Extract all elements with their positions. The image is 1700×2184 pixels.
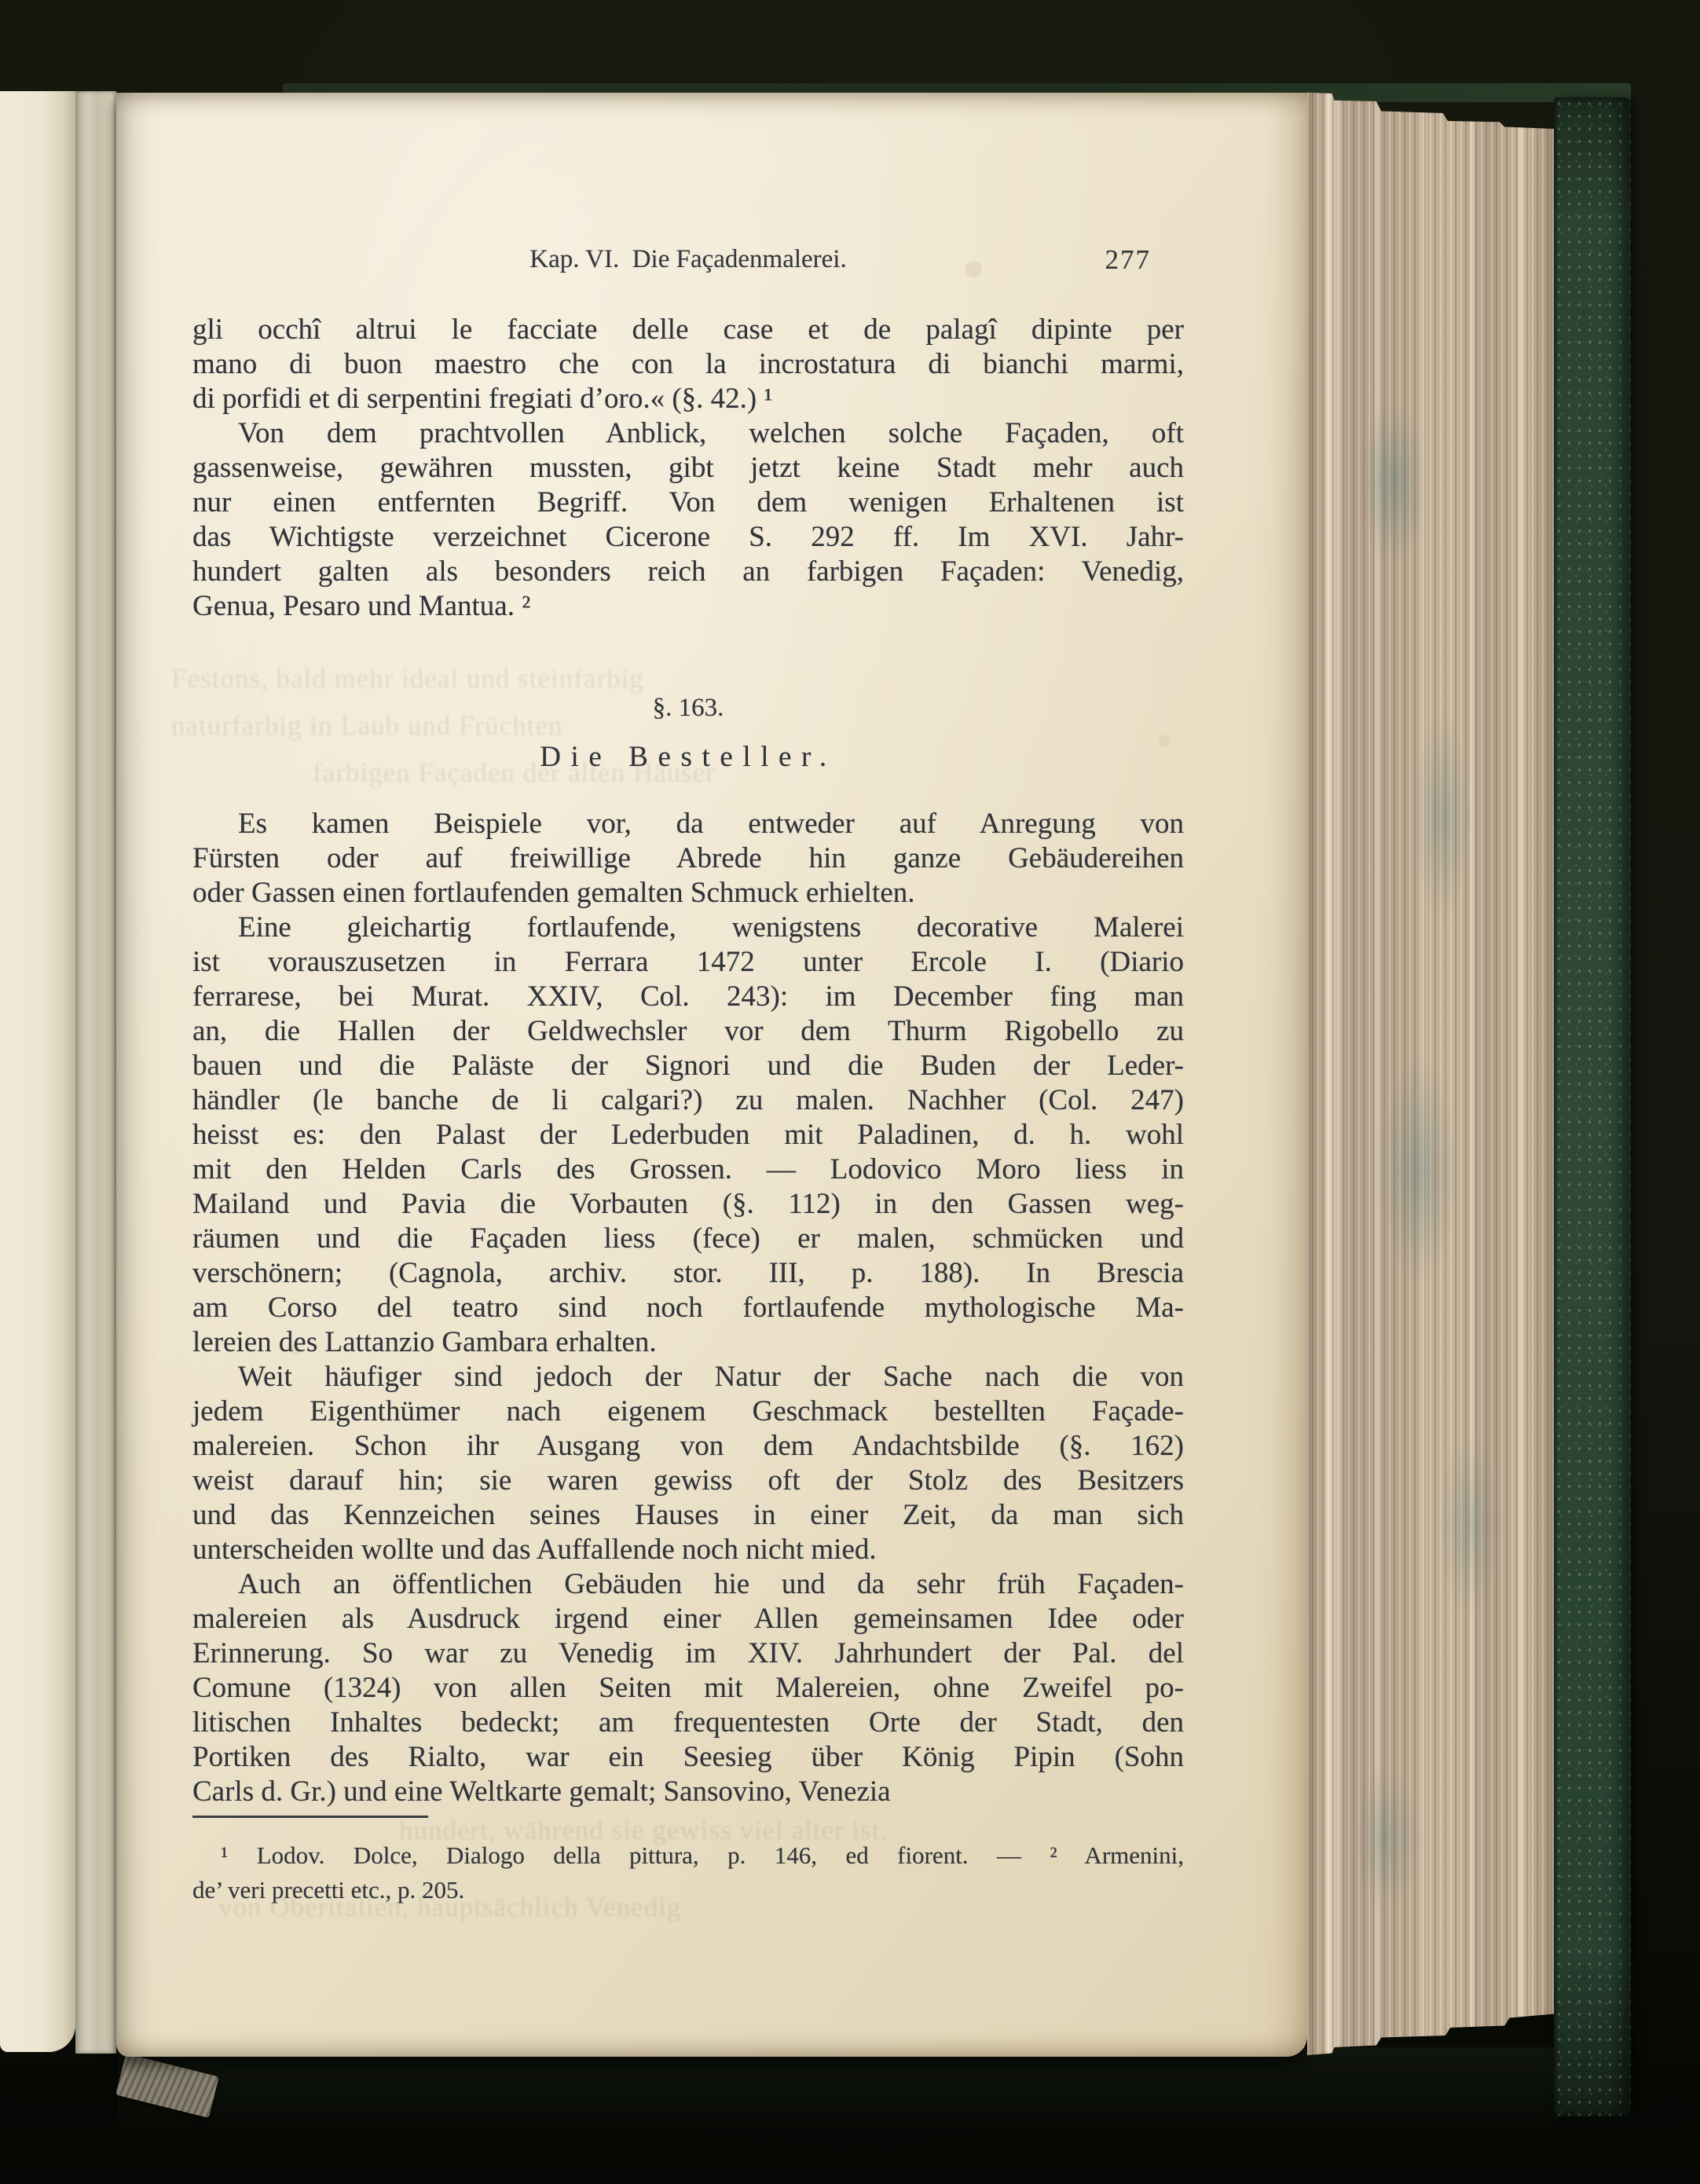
paragraph: Weit häufiger sind jedoch der Natur der … xyxy=(192,1360,1184,1567)
text-line: Fürsten oder auf freiwillige Abrede hin … xyxy=(192,841,1184,876)
book-cover-edge xyxy=(1554,97,1631,2116)
text-line: und das Kennzeichen seines Hauses in ein… xyxy=(192,1498,1184,1533)
text-line: malereien als Ausdruck irgend einer Alle… xyxy=(192,1602,1184,1636)
text-line: nur einen entfernten Begriff. Von dem we… xyxy=(192,486,1184,520)
paragraph: Es kamen Beispiele vor, da entweder auf … xyxy=(192,807,1184,911)
book-gutter xyxy=(75,91,116,2054)
text-line: Von dem prachtvollen Anblick, welchen so… xyxy=(192,416,1184,451)
text-line: Carls d. Gr.) und eine Weltkarte gemalt;… xyxy=(192,1775,1184,1809)
text-line: bauen und die Paläste der Signori und di… xyxy=(192,1049,1184,1083)
text-line: mano di buon maestro che con la incrosta… xyxy=(192,347,1184,382)
body-text: gli occhî altrui le facciate delle case … xyxy=(192,313,1184,1809)
text-line: räumen und die Façaden liess (fece) er m… xyxy=(192,1222,1184,1256)
text-line: hundert galten als besonders reich an fa… xyxy=(192,555,1184,589)
text-line: unterscheiden wollte und das Auffallende… xyxy=(192,1533,1184,1567)
book-page: Festons, bald mehr ideal und steinfarbig… xyxy=(116,93,1307,2057)
section-title: Die Besteller. xyxy=(192,739,1184,775)
text-line: Erinnerung. So war zu Venedig im XIV. Ja… xyxy=(192,1636,1184,1671)
text-line: Comune (1324) von allen Seiten mit Maler… xyxy=(192,1671,1184,1706)
text-line: an, die Hallen der Geldwechsler vor dem … xyxy=(192,1014,1184,1049)
text-line: Mailand und Pavia die Vorbauten (§. 112)… xyxy=(192,1187,1184,1222)
text-line: Es kamen Beispiele vor, da entweder auf … xyxy=(192,807,1184,841)
section-number: §. 163. xyxy=(192,691,1184,725)
adjacent-page-edge xyxy=(0,91,75,2052)
footnote: ¹ Lodov. Dolce, Dialogo della pittura, p… xyxy=(192,1816,1184,1907)
running-title: Kap. VI. Die Façadenmalerei. xyxy=(529,245,846,273)
page-stack-fore-edge xyxy=(1307,90,1554,2055)
text-line: ferrarese, bei Murat. XXIV, Col. 243): i… xyxy=(192,980,1184,1014)
text-line: am Corso del teatro sind noch fortlaufen… xyxy=(192,1291,1184,1325)
text-line: ist vorauszusetzen in Ferrara 1472 unter… xyxy=(192,945,1184,980)
text-line: di porfidi et di serpentini fregiati d’o… xyxy=(192,382,1184,416)
paragraph: Eine gleichartig fortlaufende, wenigsten… xyxy=(192,911,1184,1360)
footnote-line: de’ veri precetti etc., p. 205. xyxy=(192,1873,1184,1907)
text-line: verschönern; (Cagnola, archiv. stor. III… xyxy=(192,1256,1184,1291)
book-cover-bottom xyxy=(118,2047,1631,2131)
text-line: gassenweise, gewähren mussten, gibt jetz… xyxy=(192,451,1184,486)
text-line: gli occhî altrui le facciate delle case … xyxy=(192,313,1184,347)
text-line: Genua, Pesaro und Mantua. ² xyxy=(192,589,1184,624)
running-header: Kap. VI. Die Façadenmalerei. 277 xyxy=(192,242,1184,277)
text-line: händler (le banche de li calgari?) zu ma… xyxy=(192,1083,1184,1118)
footnote-line: ¹ Lodov. Dolce, Dialogo della pittura, p… xyxy=(192,1838,1184,1873)
text-line: Weit häufiger sind jedoch der Natur der … xyxy=(192,1360,1184,1394)
book-scan: Festons, bald mehr ideal und steinfarbig… xyxy=(0,0,1700,2184)
text-line: heisst es: den Palast der Lederbuden mit… xyxy=(192,1118,1184,1152)
text-line: Portiken des Rialto, war ein Seesieg übe… xyxy=(192,1740,1184,1775)
text-line: litischen Inhaltes bedeckt; am frequente… xyxy=(192,1706,1184,1740)
footnote-text: ¹ Lodov. Dolce, Dialogo della pittura, p… xyxy=(192,1838,1184,1907)
text-line: lereien des Lattanzio Gambara erhalten. xyxy=(192,1325,1184,1360)
text-column: Kap. VI. Die Façadenmalerei. 277 gli occ… xyxy=(192,242,1184,1907)
paragraph: Von dem prachtvollen Anblick, welchen so… xyxy=(192,416,1184,624)
text-line: Eine gleichartig fortlaufende, wenigsten… xyxy=(192,911,1184,945)
paragraph: gli occhî altrui le facciate delle case … xyxy=(192,313,1184,416)
text-line: das Wichtigste verzeichnet Cicerone S. 2… xyxy=(192,520,1184,555)
text-line: weist darauf hin; sie waren gewiss oft d… xyxy=(192,1464,1184,1498)
text-line: oder Gassen einen fortlaufenden gemalten… xyxy=(192,876,1184,911)
text-line: Auch an öffentlichen Gebäuden hie und da… xyxy=(192,1567,1184,1602)
paragraph: Auch an öffentlichen Gebäuden hie und da… xyxy=(192,1567,1184,1809)
text-line: malereien. Schon ihr Ausgang von dem And… xyxy=(192,1429,1184,1464)
footnote-rule xyxy=(192,1816,428,1818)
page-number: 277 xyxy=(1105,243,1152,277)
text-line: mit den Helden Carls des Grossen. — Lodo… xyxy=(192,1152,1184,1187)
text-line: jedem Eigenthümer nach eigenem Geschmack… xyxy=(192,1394,1184,1429)
